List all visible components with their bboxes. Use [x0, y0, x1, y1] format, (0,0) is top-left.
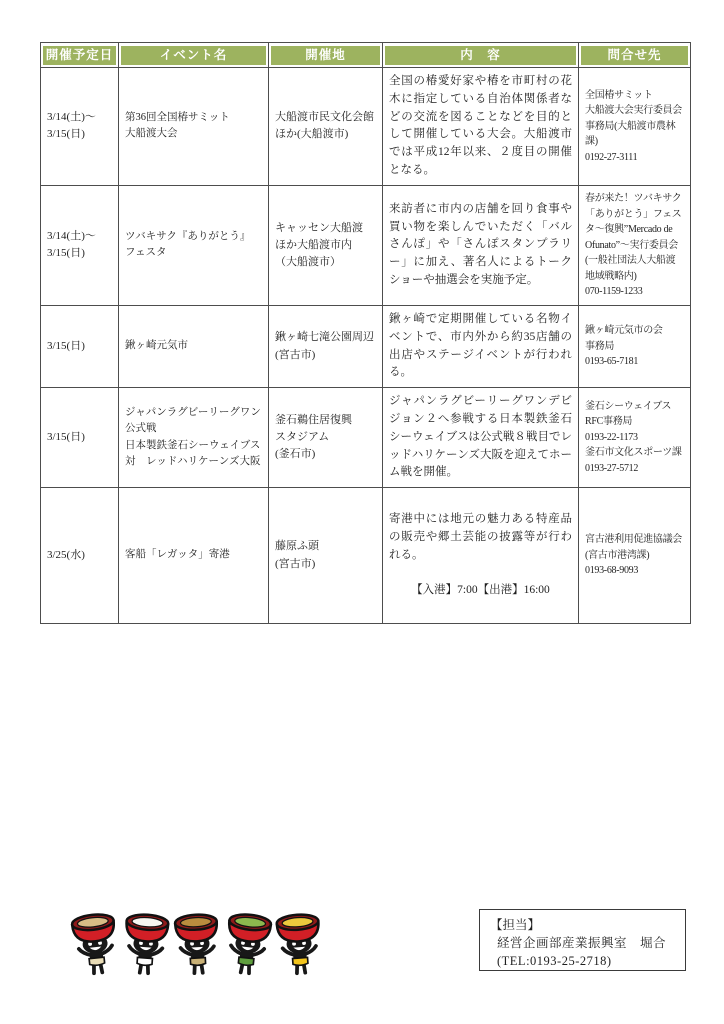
cell-date: 3/14(土)～ 3/15(日)	[41, 68, 119, 186]
cell-content: 鍬ヶ崎で定期開催している名物イベントで、市内外から約35店舗の出店やステージイベ…	[383, 305, 579, 387]
page: { "colors":{ "header_bg":"#9db35f", "hea…	[0, 0, 724, 1024]
cell-date: 3/15(日)	[41, 388, 119, 488]
cell-event: 客船「レガッタ」寄港	[119, 488, 269, 624]
cell-contact: 宮古港利用促進協議会 (宮古市港湾課) 0193-68-9093	[579, 488, 691, 624]
wanko-mascot-egg-icon	[271, 898, 327, 987]
column-header-content: 内 容	[383, 43, 579, 68]
column-header-contact-label: 問合せ先	[581, 46, 688, 65]
contact-department: 経営企画部産業振興室 堀合	[497, 934, 677, 952]
cell-event: 鍬ヶ崎元気市	[119, 305, 269, 387]
column-header-event: イベント名	[119, 43, 269, 68]
cell-contact: 鍬ヶ崎元気市の会 事務局 0193-65-7181	[579, 305, 691, 387]
wanko-mascot-soba-icon	[66, 898, 125, 989]
cell-place: 大船渡市民文化会館 ほか(大船渡市)	[269, 68, 383, 186]
cell-contact: 全国椿サミット 大船渡大会実行委員会 事務局(大船渡市農林課) 0192-27-…	[579, 68, 691, 186]
column-header-event-label: イベント名	[121, 46, 266, 65]
cell-date: 3/14(土)～ 3/15(日)	[41, 185, 119, 305]
wanko-mascot-greens-icon	[219, 898, 278, 989]
table-row: 3/15(日) ジャパンラグビーリーグワン 公式戦 日本製鉄釜石シーウェイブス …	[41, 388, 691, 488]
table-row: 3/15(日) 鍬ヶ崎元気市 鍬ヶ崎七滝公園周辺 (宮古市) 鍬ヶ崎で定期開催し…	[41, 305, 691, 387]
table-row: 3/14(土)～ 3/15(日) ツバキサク『ありがとう』 フェスタ キャッセン…	[41, 185, 691, 305]
cell-date: 3/15(日)	[41, 305, 119, 387]
cell-content-times: 【入港】7:00【出港】16:00	[389, 582, 572, 600]
column-header-place-label: 開催地	[271, 46, 380, 65]
cell-content: 寄港中には地元の魅力ある特産品の販売や郷土芸能の披露等が行われる。 【入港】7:…	[383, 488, 579, 624]
column-header-contact: 問合せ先	[579, 43, 691, 68]
cell-date: 3/25(水)	[41, 488, 119, 624]
cell-contact: 釜石シーウェイブス RFC事務局 0193-22-1173 釜石市文化スポーツ課…	[579, 388, 691, 488]
cell-content-text: 寄港中には地元の魅力ある特産品の販売や郷土芸能の披露等が行われる。	[389, 511, 572, 564]
cell-content: 全国の椿愛好家や椿を市町村の花木に指定している自治体関係者などの交流を図ることな…	[383, 68, 579, 186]
cell-place: 藤原ふ頭 (宮古市)	[269, 488, 383, 624]
table-header-row: 開催予定日 イベント名 開催地 内 容 問合せ先	[41, 43, 691, 68]
cell-place: 釜石鵜住居復興 スタジアム (釜石市)	[269, 388, 383, 488]
contact-box: 【担当】 経営企画部産業振興室 堀合 (TEL:0193-25-2718)	[479, 909, 686, 971]
column-header-place: 開催地	[269, 43, 383, 68]
contact-label: 【担当】	[490, 916, 677, 934]
column-header-date: 開催予定日	[41, 43, 119, 68]
column-header-date-label: 開催予定日	[43, 46, 116, 65]
table-row: 3/14(土)～ 3/15(日) 第36回全国椿サミット 大船渡大会 大船渡市民…	[41, 68, 691, 186]
cell-content: ジャパンラグビーリーグワンデビジョン２へ参戦する日本製鉄釜石シーウェイブスは公式…	[383, 388, 579, 488]
wanko-mascot-noodles-icon	[170, 899, 224, 987]
cell-place: 鍬ヶ崎七滝公園周辺 (宮古市)	[269, 305, 383, 387]
column-header-content-label: 内 容	[385, 46, 576, 65]
cell-event: ジャパンラグビーリーグワン 公式戦 日本製鉄釜石シーウェイブス 対 レッドハリケ…	[119, 388, 269, 488]
cell-event: ツバキサク『ありがとう』 フェスタ	[119, 185, 269, 305]
cell-content: 来訪者に市内の店舗を回り食事や買い物を楽しんでいただく「バルさんぽ」や「さんぽス…	[383, 185, 579, 305]
table-row: 3/25(水) 客船「レガッタ」寄港 藤原ふ頭 (宮古市) 寄港中には地元の魅力…	[41, 488, 691, 624]
events-table: 開催予定日 イベント名 開催地 内 容 問合せ先 3/14(土)～ 3/15(日…	[40, 42, 691, 624]
wanko-mascot-tofu-icon	[118, 898, 174, 987]
cell-event: 第36回全国椿サミット 大船渡大会	[119, 68, 269, 186]
cell-place: キャッセン大船渡 ほか大船渡市内 （大船渡市）	[269, 185, 383, 305]
cell-contact: 春が来た！ツバキサク「ありがとう」フェスタ～復興”Mercado de Ofun…	[579, 185, 691, 305]
contact-tel: (TEL:0193-25-2718)	[497, 952, 677, 970]
mascot-row	[70, 900, 325, 990]
